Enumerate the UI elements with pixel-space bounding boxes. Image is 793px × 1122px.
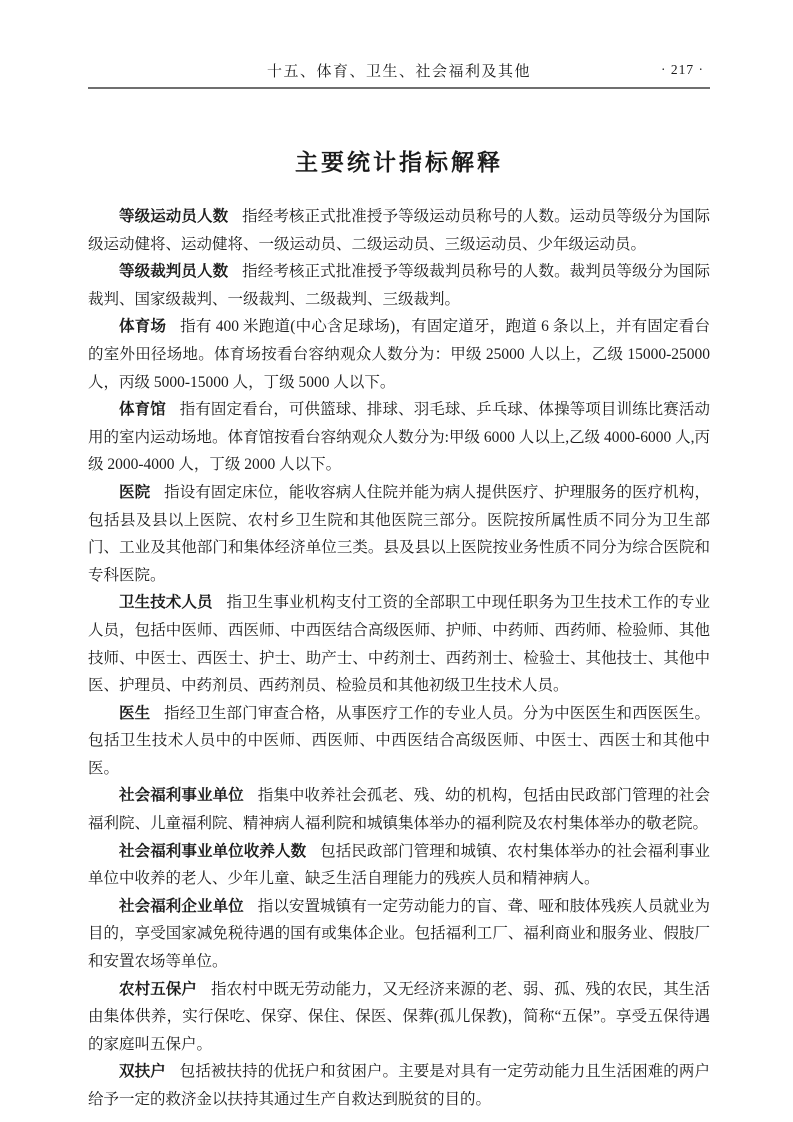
indicator-term: 医院 — [119, 484, 150, 501]
chapter-title: 十五、体育、卫生、社会福利及其他 — [88, 60, 710, 81]
definition-paragraph: 体育馆指有固定看台，可供篮球、排球、羽毛球、乒乓球、体操等项目训练比赛活动用的室… — [88, 396, 710, 479]
definitions-list: 等级运动员人数指经考核正式批准授予等级运动员称号的人数。运动员等级分为国际级运动… — [88, 203, 710, 1114]
definition-paragraph: 体育场指有 400 米跑道(中心含足球场)，有固定道牙，跑道 6 条以上，并有固… — [88, 313, 710, 396]
definition-paragraph: 等级裁判员人数指经考核正式批准授予等级裁判员称号的人数。裁判员等级分为国际裁判、… — [88, 258, 710, 313]
indicator-term: 卫生技术人员 — [119, 594, 213, 611]
page-title: 主要统计指标解释 — [88, 144, 710, 177]
definition-paragraph: 社会福利事业单位指集中收养社会孤老、残、幼的机构，包括由民政部门管理的社会福利院… — [88, 782, 710, 837]
indicator-term: 体育馆 — [119, 401, 166, 418]
definition-paragraph: 双扶户包括被扶持的优抚户和贫困户。主要是对具有一定劳动能力且生活困难的两户给予一… — [88, 1058, 710, 1113]
indicator-definition: 指有 400 米跑道(中心含足球场)，有固定道牙，跑道 6 条以上，并有固定看台… — [88, 318, 710, 390]
definition-paragraph: 卫生技术人员指卫生事业机构支付工资的全部职工中现任职务为卫生技术工作的专业人员，… — [88, 589, 710, 699]
indicator-term: 等级运动员人数 — [119, 208, 228, 225]
page-number: · 217 · — [661, 62, 704, 78]
definition-paragraph: 农村五保户指农村中既无劳动能力，又无经济来源的老、弱、孤、残的农民，其生活由集体… — [88, 976, 710, 1059]
indicator-term: 等级裁判员人数 — [119, 263, 228, 280]
indicator-term: 体育场 — [119, 318, 166, 335]
definition-paragraph: 社会福利企业单位指以安置城镇有一定劳动能力的盲、聋、哑和肢体残疾人员就业为目的，… — [88, 893, 710, 976]
definition-paragraph: 医生指经卫生部门审查合格，从事医疗工作的专业人员。分为中医医生和西医医生。包括卫… — [88, 700, 710, 783]
indicator-term: 社会福利事业单位收养人数 — [119, 843, 306, 860]
definition-paragraph: 社会福利事业单位收养人数包括民政部门管理和城镇、农村集体举办的社会福利事业单位中… — [88, 838, 710, 893]
indicator-definition: 包括被扶持的优抚户和贫困户。主要是对具有一定劳动能力且生活困难的两户给予一定的救… — [88, 1063, 710, 1108]
indicator-term: 社会福利企业单位 — [119, 898, 244, 915]
indicator-term: 双扶户 — [119, 1063, 166, 1080]
page-content: 十五、体育、卫生、社会福利及其他 · 217 · 主要统计指标解释 等级运动员人… — [88, 60, 710, 1114]
definition-paragraph: 等级运动员人数指经考核正式批准授予等级运动员称号的人数。运动员等级分为国际级运动… — [88, 203, 710, 258]
indicator-term: 社会福利事业单位 — [119, 787, 244, 804]
indicator-term: 农村五保户 — [119, 981, 197, 998]
indicator-term: 医生 — [119, 705, 150, 722]
indicator-definition: 指设有固定床位，能收容病人住院并能为病人提供医疗、护理服务的医疗机构，包括县及县… — [88, 484, 710, 584]
document-page: 十五、体育、卫生、社会福利及其他 · 217 · 主要统计指标解释 等级运动员人… — [0, 0, 793, 1122]
definition-paragraph: 医院指设有固定床位，能收容病人住院并能为病人提供医疗、护理服务的医疗机构，包括县… — [88, 479, 710, 589]
indicator-definition: 指有固定看台，可供篮球、排球、羽毛球、乒乓球、体操等项目训练比赛活动用的室内运动… — [88, 401, 710, 473]
running-header: 十五、体育、卫生、社会福利及其他 · 217 · — [88, 60, 710, 89]
indicator-definition: 指经卫生部门审查合格，从事医疗工作的专业人员。分为中医医生和西医医生。包括卫生技… — [88, 705, 710, 777]
